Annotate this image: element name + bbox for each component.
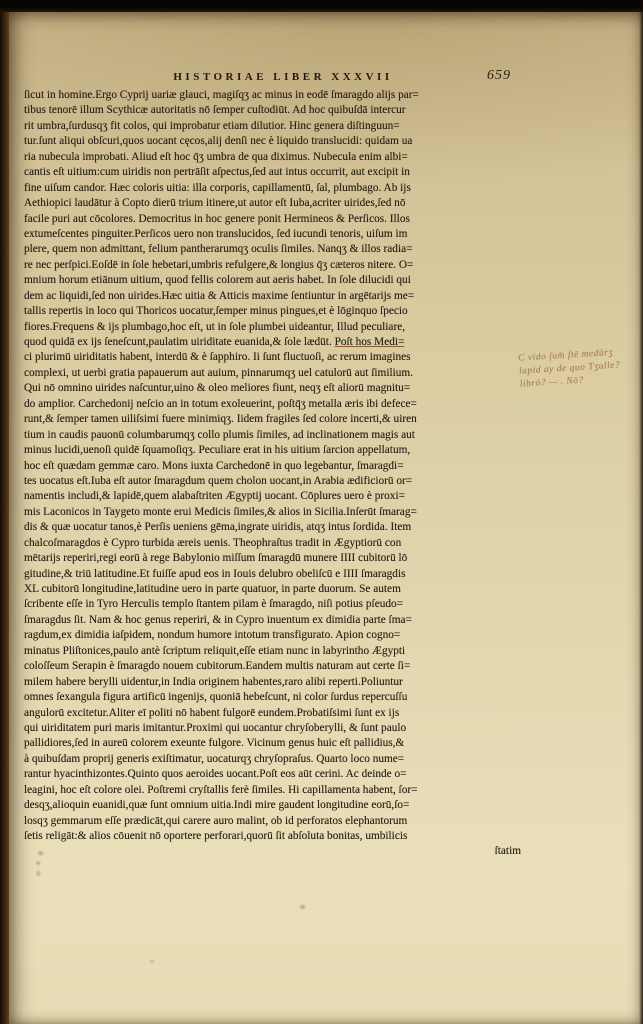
text-line: 40omnes ſexangula figura artificū ingeni… (24, 690, 521, 705)
text-line: 20Qui nō omnino uirides naſcuntur,uino &… (24, 381, 521, 396)
text-line: minus lucidi,uenoſi quidē ſquamoſiqʒ. Pe… (24, 443, 521, 458)
page-right-edge (639, 0, 643, 1024)
text-line: leagini, hoc eſt colore olei. Poſtremi c… (24, 783, 521, 798)
text-line: hoc eſt quædam gemmæ caro. Mons iuxta Ca… (24, 459, 521, 474)
text-line: coloſſeum Serapin è ſmaragdo nouem cubit… (24, 659, 521, 674)
text-line: tallis repertis in loco qui Thoricos uoc… (24, 304, 521, 319)
text-line: mnium horum etiānum uitium, quod fellis … (24, 273, 521, 288)
text-line: desqʒ,alioquin euanidi,quæ ſunt omnium u… (24, 798, 521, 813)
text-line: ragdum,ex dimidia iaſpidem, nondum humor… (24, 628, 521, 643)
text-line: Aethiopici laudātur à Copto dierū trium … (24, 196, 521, 211)
handwritten-marginalia: C vido ſum̄ ſtē medūrʒ lapid ay de quo T… (518, 345, 642, 391)
text-line: mis Laconicos in Taygeto monte erui Medi… (24, 505, 521, 520)
text-line: tur.ſunt aliqui obſcuri,quos uocant cęco… (24, 134, 521, 149)
reader-underlined-text: Poſt hos Medi= (335, 336, 405, 348)
page-number: 659 (487, 68, 511, 84)
text-line: plere, quem non admittant, felium panthe… (24, 242, 521, 257)
text-line: ſcribente eſſe in Tyro Herculis templo ſ… (24, 597, 521, 612)
text-line: fiores.Frequens & ijs plumbago,hoc eſt, … (24, 320, 521, 335)
text-line: gitudine,& triū latitudine.Et fuiſſe apu… (24, 567, 521, 582)
text-line: tibus tenorē illum Scythicæ autoritatis … (24, 103, 521, 118)
text-block: ſicut in homine.Ergo Cyprij uariæ glauci… (24, 88, 521, 860)
text-line: qui uiriditatem puri maris imitantur.Pro… (24, 721, 521, 736)
catchword: ſtatim (24, 844, 521, 859)
text-line: ci plurimū uiriditatis habent, interdū &… (24, 350, 521, 365)
text-line: facile puri aut cōcolores. Democritus in… (24, 212, 521, 227)
text-line: cantis eſt uitium:cum uiridis non pertrā… (24, 165, 521, 180)
book-gutter-edge (0, 0, 9, 1024)
book-page-photo: { "page": { "header": { "title": "HISTOR… (0, 0, 643, 1024)
text-line: runt,& ſemper tamen uiliſsimi fuere mini… (24, 412, 521, 427)
text-line: 10extumeſcentes pinguiter.Perſicos uero … (24, 227, 521, 242)
text-line: fine uiſum candor. Hæc coloris uitia: il… (24, 181, 521, 196)
text-line: 30chalcoſmaragdos è Cypro turbida æreis … (24, 536, 521, 551)
text-line: do amplior. Carchedonij neſcio an in tot… (24, 397, 521, 412)
text-line: ſetis religāt:& alios cōuenit nō oporter… (24, 829, 521, 844)
text-line: angulorū excitetur.Aliter eī politi nō h… (24, 706, 521, 721)
text-line: complexi, ut uerbi gratia papauerum aut … (24, 366, 521, 381)
text-line: XL cubitorū longitudine,latitudine uero … (24, 582, 521, 597)
foxing-spot (300, 905, 305, 909)
text-line: ſmaragdus ſit. Nam & hoc genus reperiri,… (24, 613, 521, 628)
text-line: tes uocatus eſt.Iuba eſt autor ſmaragdum… (24, 474, 521, 489)
text-line: à quibuſdam proprij generis exiſtimatur,… (24, 752, 521, 767)
text-line: dem ac liquidi,ſed non uirides.Hæc uitia… (24, 289, 521, 304)
text-line: minatus Pliſtonices,paulo antè ſcriptum … (24, 644, 521, 659)
text-line: namentis includi,& lapidē,quem alabaſtri… (24, 489, 521, 504)
text-line: losqʒ gemmarum eſſe prædicāt,qui carere … (24, 814, 521, 829)
text-line: rantur hyacinthizontes.Quinto quos aeroi… (24, 767, 521, 782)
running-header: HISTORIAE LIBER XXXVII (118, 71, 448, 83)
text-line: pallidiores,ſed in aureū colorem exeunte… (24, 736, 521, 751)
text-line: dis & quæ uocatur tanos,è Perſis ueniens… (24, 520, 521, 535)
text-line: re nec perſpici.Eoſdē in ſole hebetari,u… (24, 258, 521, 273)
text-line: milem habere berylli uidentur,in India o… (24, 675, 521, 690)
foxing-spot (150, 960, 154, 963)
text-line: mētarijs reperiri,regi eorū à rege Babyl… (24, 551, 521, 566)
photo-top-border (0, 0, 643, 12)
text-line: quod quidā ex ijs ſeneſcunt,paulatim uir… (24, 335, 521, 350)
text-line: ſicut in homine.Ergo Cyprij uariæ glauci… (24, 88, 521, 103)
text-line: tium in caudis pauonū columbarumqʒ collo… (24, 428, 521, 443)
text-line: rit umbra,ſurdusqʒ fit colos, qui improb… (24, 119, 521, 134)
text-line: ria nubecula improbati. Aliud eſt hoc q̄… (24, 150, 521, 165)
